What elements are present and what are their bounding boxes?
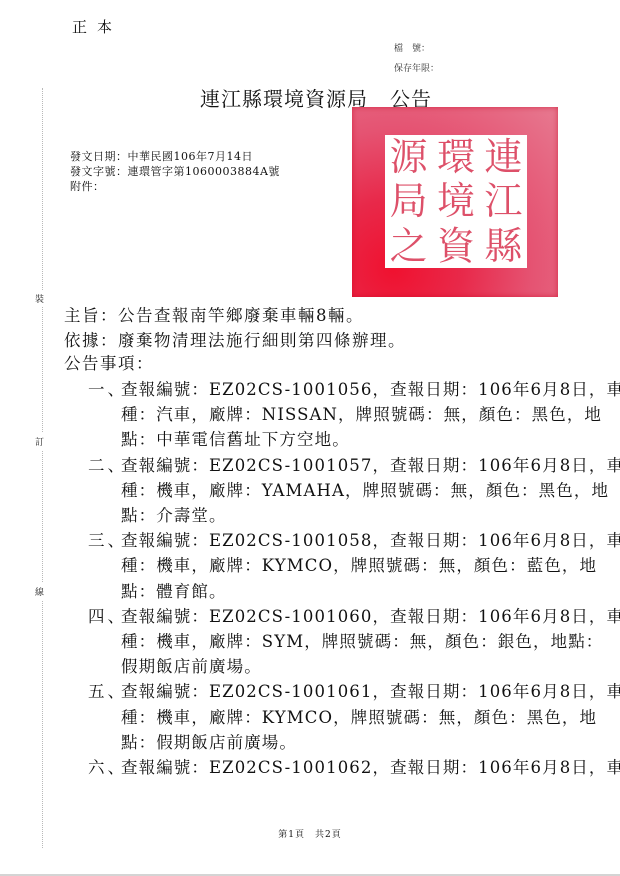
announcement-item: 六、 查報編號：EZ02CS-1001062，查報日期：106年6月8日，車 xyxy=(88,755,588,780)
item-line: 查報編號：EZ02CS-1001060，查報日期：106年6月8日，車 xyxy=(121,604,588,629)
seal-char: 連 xyxy=(480,135,527,179)
seal-char: 局 xyxy=(385,179,432,223)
item-line: 查報編號：EZ02CS-1001062，查報日期：106年6月8日，車 xyxy=(121,755,588,780)
item-line: 點：體育館。 xyxy=(121,579,588,604)
item-line: 種：機車，廠牌：KYMCO，牌照號碼：無，顏色：黑色，地 xyxy=(121,705,588,730)
official-seal-stamp: 連 江 縣 環 境 資 源 局 之 xyxy=(352,107,558,297)
item-line: 假期飯店前廣場。 xyxy=(121,654,588,679)
item-line: 點：介壽堂。 xyxy=(121,503,588,528)
seal-char: 江 xyxy=(480,179,527,223)
item-line: 點：假期飯店前廣場。 xyxy=(121,730,588,755)
seal-char: 縣 xyxy=(480,224,527,268)
seal-char: 境 xyxy=(432,179,479,223)
announcement-item: 三、 查報編號：EZ02CS-1001058，查報日期：106年6月8日，車 種… xyxy=(88,528,588,604)
page-total: 共2頁 xyxy=(315,830,342,840)
issue-date: 發文日期：中華民國106年7月14日 xyxy=(70,148,253,164)
seal-char: 環 xyxy=(432,135,479,179)
item-line: 種：機車，廠牌：YAMAHA，牌照號碼：無，顏色：黑色，地 xyxy=(121,478,588,503)
issue-number: 發文字號：連環管字第1060003884A號 xyxy=(70,163,280,179)
item-number: 一、 xyxy=(88,377,127,402)
item-number: 六、 xyxy=(88,755,127,780)
binding-mark-ding: 訂 xyxy=(35,433,44,450)
attachments-label: 附件： xyxy=(70,178,105,194)
subject-line: 主旨：公告查報南竿鄉廢棄車輛8輛。 xyxy=(64,302,364,326)
item-number: 五、 xyxy=(88,679,127,704)
item-number: 二、 xyxy=(88,453,127,478)
item-line: 查報編號：EZ02CS-1001061，查報日期：106年6月8日，車 xyxy=(121,679,588,704)
item-line: 查報編號：EZ02CS-1001057，查報日期：106年6月8日，車 xyxy=(121,453,588,478)
page-current: 第1頁 xyxy=(278,830,305,840)
item-line: 種：機車，廠牌：KYMCO，牌照號碼：無，顏色：藍色，地 xyxy=(121,553,588,578)
title-agency: 連江縣環境資源局 xyxy=(200,87,368,111)
file-number-label: 檔 號： xyxy=(394,41,430,54)
item-line: 種：機車，廠牌：SYM，牌照號碼：無，顏色：銀色，地點： xyxy=(121,629,588,654)
announcement-item: 四、 查報編號：EZ02CS-1001060，查報日期：106年6月8日，車 種… xyxy=(88,604,588,680)
item-line: 種：汽車，廠牌：NISSAN，牌照號碼：無，顏色：黑色，地 xyxy=(121,402,588,427)
item-line: 點：中華電信舊址下方空地。 xyxy=(121,427,588,452)
item-number: 三、 xyxy=(88,528,127,553)
binding-line xyxy=(42,88,43,848)
retention-period-label: 保存年限： xyxy=(394,61,439,74)
item-number: 四、 xyxy=(88,604,127,629)
announcement-item: 五、 查報編號：EZ02CS-1001061，查報日期：106年6月8日，車 種… xyxy=(88,679,588,755)
binding-mark-xian: 線 xyxy=(35,583,44,600)
copy-mark: 正本 xyxy=(72,16,122,37)
binding-mark-zhuang: 裝 xyxy=(35,290,44,307)
announcement-items: 一、 查報編號：EZ02CS-1001056，查報日期：106年6月8日，車 種… xyxy=(88,377,588,780)
seal-char: 資 xyxy=(432,224,479,268)
items-heading: 公告事項： xyxy=(64,350,154,374)
item-line: 查報編號：EZ02CS-1001056，查報日期：106年6月8日，車 xyxy=(121,377,588,402)
seal-inner-field: 連 江 縣 環 境 資 源 局 之 xyxy=(385,135,527,268)
announcement-item: 一、 查報編號：EZ02CS-1001056，查報日期：106年6月8日，車 種… xyxy=(88,377,588,453)
item-line: 查報編號：EZ02CS-1001058，查報日期：106年6月8日，車 xyxy=(121,528,588,553)
seal-char: 之 xyxy=(385,224,432,268)
page-footer: 第1頁共2頁 xyxy=(0,827,620,840)
seal-char: 源 xyxy=(385,135,432,179)
announcement-item: 二、 查報編號：EZ02CS-1001057，查報日期：106年6月8日，車 種… xyxy=(88,453,588,529)
basis-line: 依據：廢棄物清理法施行細則第四條辦理。 xyxy=(64,327,406,351)
